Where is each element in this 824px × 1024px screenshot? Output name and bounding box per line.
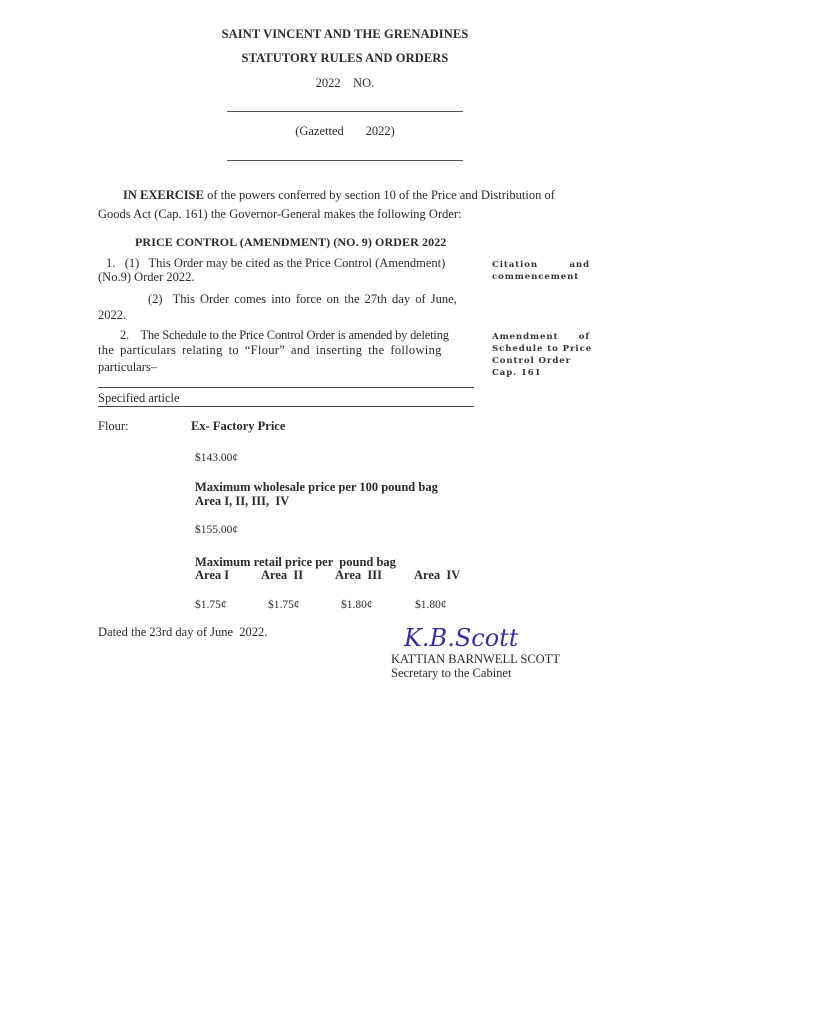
retail-area-3: Area III	[335, 568, 382, 583]
ex-factory-price: $143.00¢	[195, 452, 238, 464]
preamble-lead: IN EXERCISE	[123, 188, 204, 202]
wholesale-price: $155.00¢	[195, 524, 238, 536]
section-1-2-line-2: 2022.	[98, 308, 126, 323]
country-heading: SAINT VINCENT AND THE GRENADINES	[0, 27, 690, 42]
margin-note-citation: Citation and commencement	[492, 259, 590, 283]
margin-note-amendment: Amendment of Schedule to Price Control O…	[492, 331, 590, 379]
section-2-line-3: particulars–	[98, 360, 157, 375]
schedule-rule-bottom	[98, 406, 474, 407]
retail-area-2: Area II	[261, 568, 303, 583]
signatory-name: KATTIAN BARNWELL SCOTT	[391, 652, 560, 667]
section-1-2-line-1: (2) This Order comes into force on the 2…	[148, 292, 457, 307]
retail-price-2: $1.75¢	[268, 599, 300, 611]
margin-note-text: Schedule to Price	[492, 343, 590, 355]
retail-price-4: $1.80¢	[415, 599, 447, 611]
margin-note-text: and	[569, 259, 590, 271]
margin-note-text: Cap. 161	[492, 367, 590, 379]
order-title: PRICE CONTROL (AMENDMENT) (NO. 9) ORDER …	[135, 235, 446, 250]
section-1-1-line-2: (No.9) Order 2022.	[98, 270, 195, 285]
schedule-header: Specified article	[98, 391, 180, 406]
margin-note-text: Amendment	[492, 331, 558, 343]
article-name: Flour:	[98, 419, 129, 434]
retail-area-4: Area IV	[414, 568, 460, 583]
divider-bottom	[227, 160, 463, 161]
section-2-line-2: the particulars relating to “Flour” and …	[98, 343, 442, 358]
preamble-line-2: Goods Act (Cap. 161) the Governor-Genera…	[98, 207, 462, 222]
ex-factory-label: Ex- Factory Price	[191, 419, 285, 434]
margin-note-text: commencement	[492, 271, 590, 283]
retail-price-1: $1.75¢	[195, 599, 227, 611]
year-number: 2022 NO.	[0, 76, 690, 91]
wholesale-label: Maximum wholesale price per 100 pound ba…	[195, 480, 438, 495]
signatory-title: Secretary to the Cabinet	[391, 666, 511, 681]
section-2-line-1: 2. The Schedule to the Price Control Ord…	[120, 328, 449, 343]
signature: K.B.Scott	[404, 624, 518, 652]
margin-note-text: Citation	[492, 259, 538, 271]
preamble-rest: of the powers conferred by section 10 of…	[204, 188, 555, 202]
retail-area-1: Area I	[195, 568, 229, 583]
dated-line: Dated the 23rd day of June 2022.	[98, 625, 267, 640]
wholesale-areas: Area I, II, III, IV	[195, 494, 289, 509]
divider-top	[227, 111, 463, 112]
margin-note-text: Control Order	[492, 355, 590, 367]
preamble-line-1: IN EXERCISE of the powers conferred by s…	[123, 188, 555, 203]
gazetted-line: (Gazetted 2022)	[0, 124, 690, 139]
schedule-rule-top	[98, 387, 474, 388]
section-1-1-line-1: 1. (1) This Order may be cited as the Pr…	[106, 256, 445, 271]
margin-note-text: of	[579, 331, 590, 343]
retail-price-3: $1.80¢	[341, 599, 373, 611]
series-heading: STATUTORY RULES AND ORDERS	[0, 51, 690, 66]
